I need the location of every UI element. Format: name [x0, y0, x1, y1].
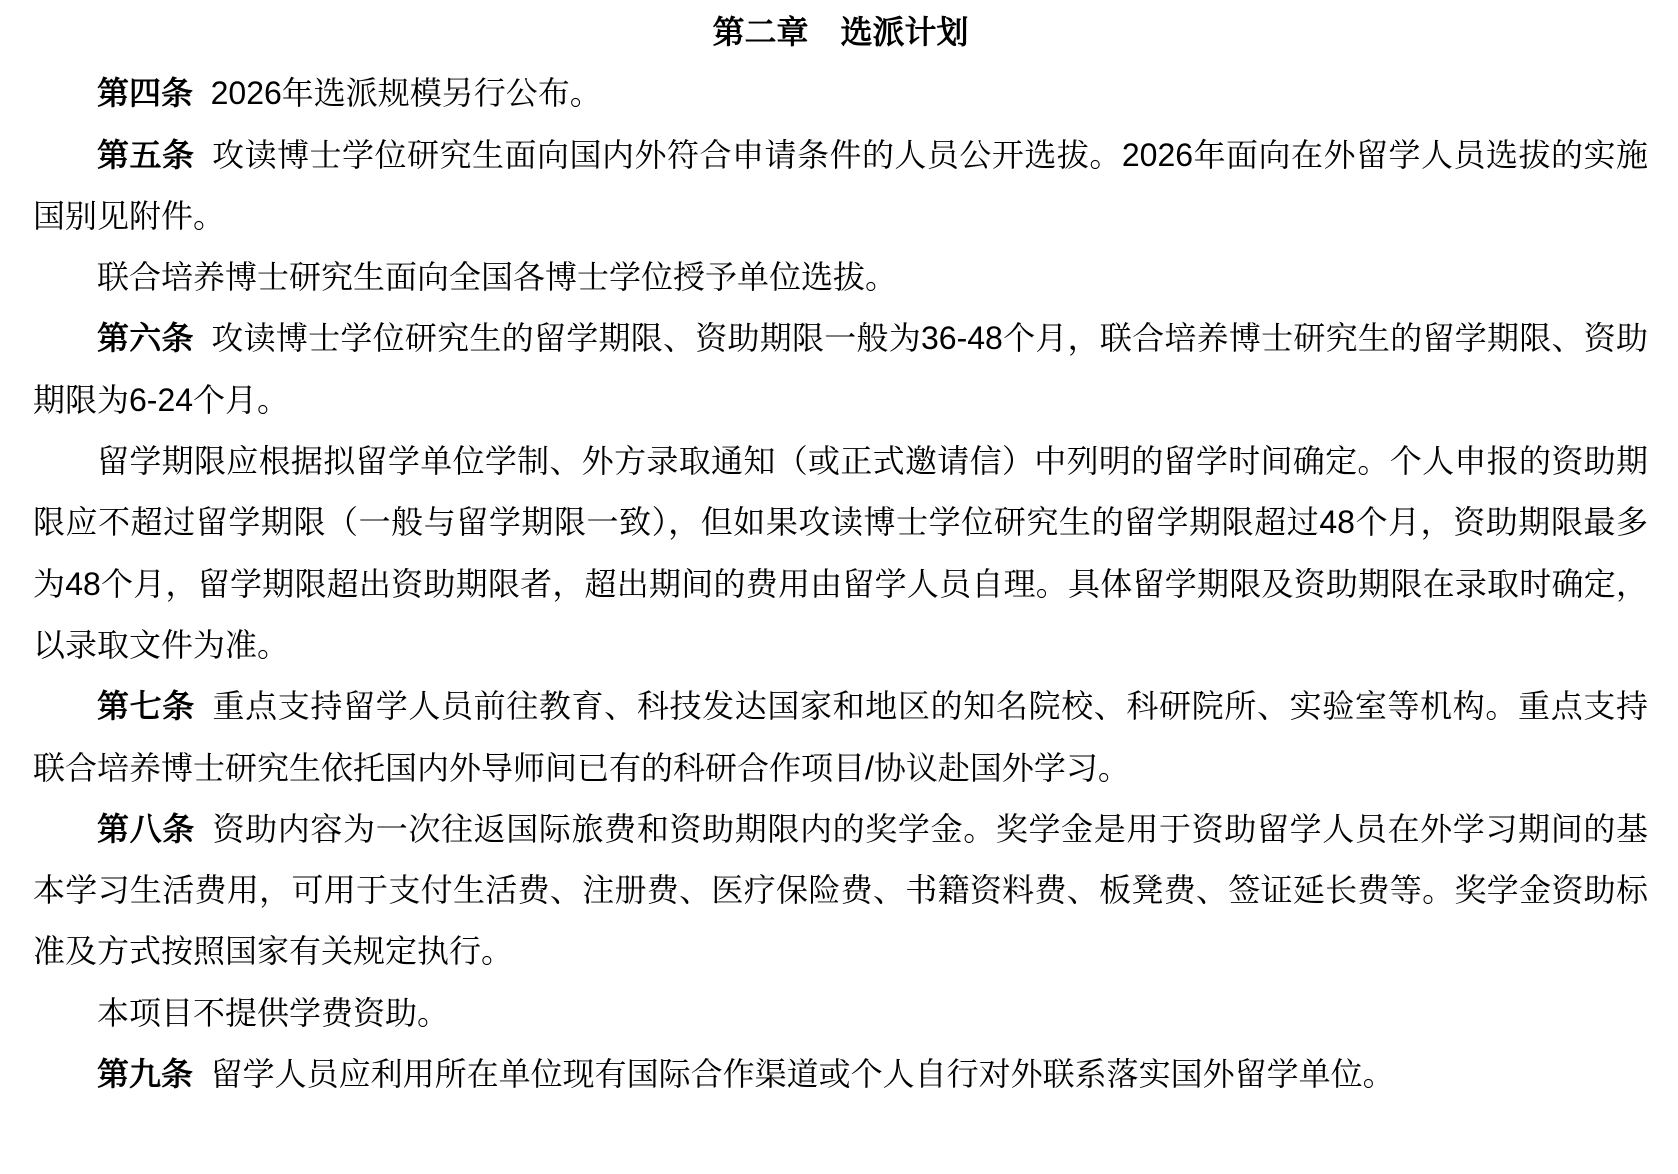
paragraph-text: 留学人员应利用所在单位现有国际合作渠道或个人自行对外联系落实国外留学单位。 [211, 1056, 1395, 1092]
paragraph-article-7: 第七条重点支持留学人员前往教育、科技发达国家和地区的知名院校、科研院所、实验室等… [33, 676, 1648, 799]
paragraph-duration-details: 留学期限应根据拟留学单位学制、外方录取通知（或正式邀请信）中列明的留学时间确定。… [33, 431, 1648, 676]
paragraph-text: 联合培养博士研究生面向全国各博士学位授予单位选拔。 [97, 259, 897, 295]
paragraph-text: 2026年选派规模另行公布。 [211, 75, 602, 111]
paragraph-text: 攻读博士学位研究生的留学期限、资助期限一般为36-48个月，联合培养博士研究生的… [33, 320, 1648, 417]
document-page: 第二章 选派计划 第四条2026年选派规模另行公布。 第五条攻读博士学位研究生面… [0, 0, 1678, 1174]
paragraph-text: 重点支持留学人员前往教育、科技发达国家和地区的知名院校、科研院所、实验室等机构。… [33, 688, 1648, 785]
paragraph-no-tuition: 本项目不提供学费资助。 [33, 983, 1648, 1044]
paragraph-joint-training: 联合培养博士研究生面向全国各博士学位授予单位选拔。 [33, 247, 1648, 308]
paragraph-text: 攻读博士学位研究生面向国内外符合申请条件的人员公开选拔。2026年面向在外留学人… [33, 137, 1648, 234]
paragraph-text: 留学期限应根据拟留学单位学制、外方录取通知（或正式邀请信）中列明的留学时间确定。… [33, 443, 1648, 663]
article-label: 第六条 [97, 320, 194, 356]
paragraph-text: 本项目不提供学费资助。 [97, 995, 449, 1031]
chapter-title: 第二章 选派计划 [33, 2, 1648, 63]
paragraph-text: 资助内容为一次往返国际旅费和资助期限内的奖学金。奖学金是用于资助留学人员在外学习… [33, 811, 1648, 970]
paragraph-article-5: 第五条攻读博士学位研究生面向国内外符合申请条件的人员公开选拔。2026年面向在外… [33, 125, 1648, 248]
article-label: 第四条 [97, 75, 193, 111]
article-label: 第八条 [97, 811, 195, 847]
article-label: 第九条 [97, 1056, 193, 1092]
paragraph-article-8: 第八条资助内容为一次往返国际旅费和资助期限内的奖学金。奖学金是用于资助留学人员在… [33, 799, 1648, 983]
paragraph-article-6: 第六条攻读博士学位研究生的留学期限、资助期限一般为36-48个月，联合培养博士研… [33, 308, 1648, 431]
paragraph-article-9: 第九条留学人员应利用所在单位现有国际合作渠道或个人自行对外联系落实国外留学单位。 [33, 1044, 1648, 1105]
article-label: 第五条 [97, 137, 194, 173]
paragraph-article-4: 第四条2026年选派规模另行公布。 [33, 63, 1648, 124]
article-label: 第七条 [97, 688, 195, 724]
